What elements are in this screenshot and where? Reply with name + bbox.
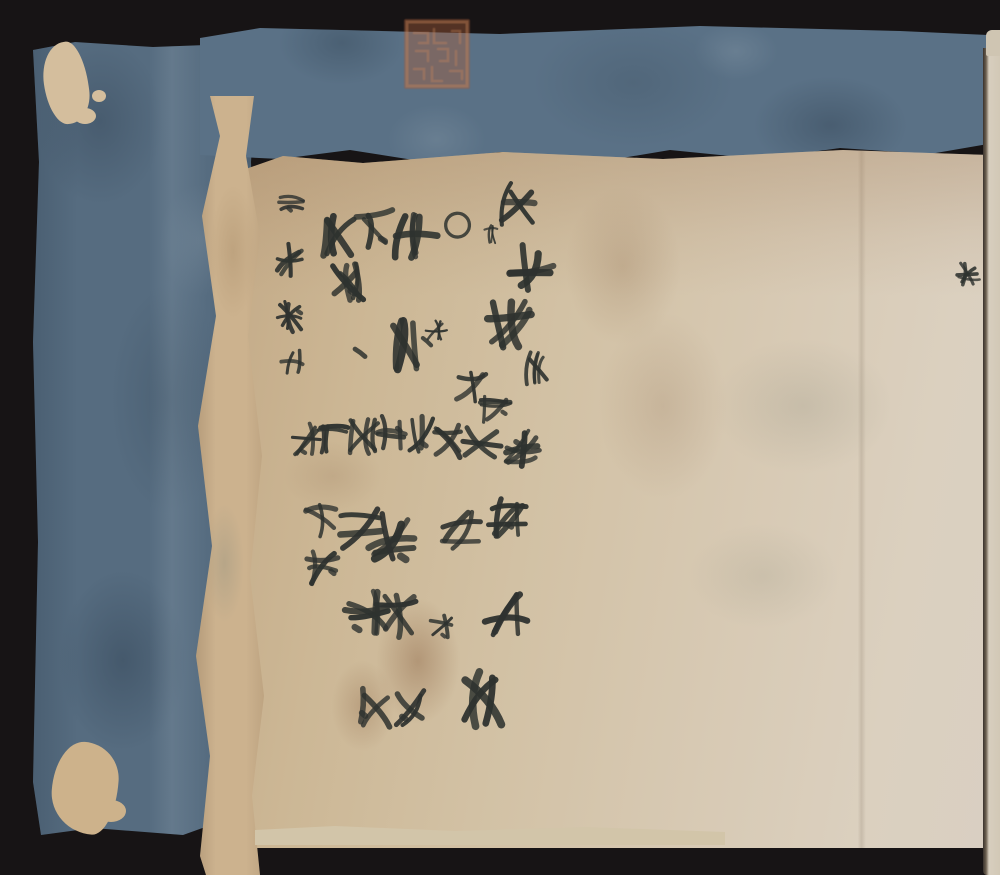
handwritten-char: 乙 xyxy=(269,241,308,280)
handwritten-char: 虫 xyxy=(478,586,534,642)
handwritten-char: 丶 xyxy=(420,334,434,348)
handwritten-char: 八 xyxy=(425,609,458,642)
handwritten-char: 隹 xyxy=(497,425,545,473)
handwritten-char: 够 xyxy=(449,667,514,732)
handwritten-char: 才 xyxy=(326,260,373,307)
handwritten-char: 大 xyxy=(436,504,488,556)
handwritten-char: 日 xyxy=(277,346,310,379)
handwritten-char: 酉 xyxy=(275,183,312,220)
handwritten-char: 乄 xyxy=(954,260,982,288)
handwritten-char: 〇 xyxy=(440,207,476,243)
handwriting-layer: 酉乙酉日成才虎丶宋好〇八丶雨米戊對占安元卅卅朮同成大推隹亥父才辰大日晃宊八虫父子… xyxy=(0,0,1000,875)
manuscript-scan: 酉乙酉日成才虎丶宋好〇八丶雨米戊對占安元卅卅朮同成大推隹亥父才辰大日晃宊八虫父子… xyxy=(0,0,1000,875)
handwritten-char: 占 xyxy=(521,350,559,388)
handwritten-char: 子 xyxy=(386,682,437,733)
handwritten-char: 宊 xyxy=(370,588,425,643)
handwritten-char: 宋 xyxy=(385,205,446,266)
handwritten-char: 丶 xyxy=(352,344,369,361)
handwritten-char: 日 xyxy=(485,496,531,542)
handwritten-char: 辰 xyxy=(360,506,426,572)
handwritten-char: 酉 xyxy=(271,298,309,336)
handwritten-char: 戊 xyxy=(500,238,561,299)
